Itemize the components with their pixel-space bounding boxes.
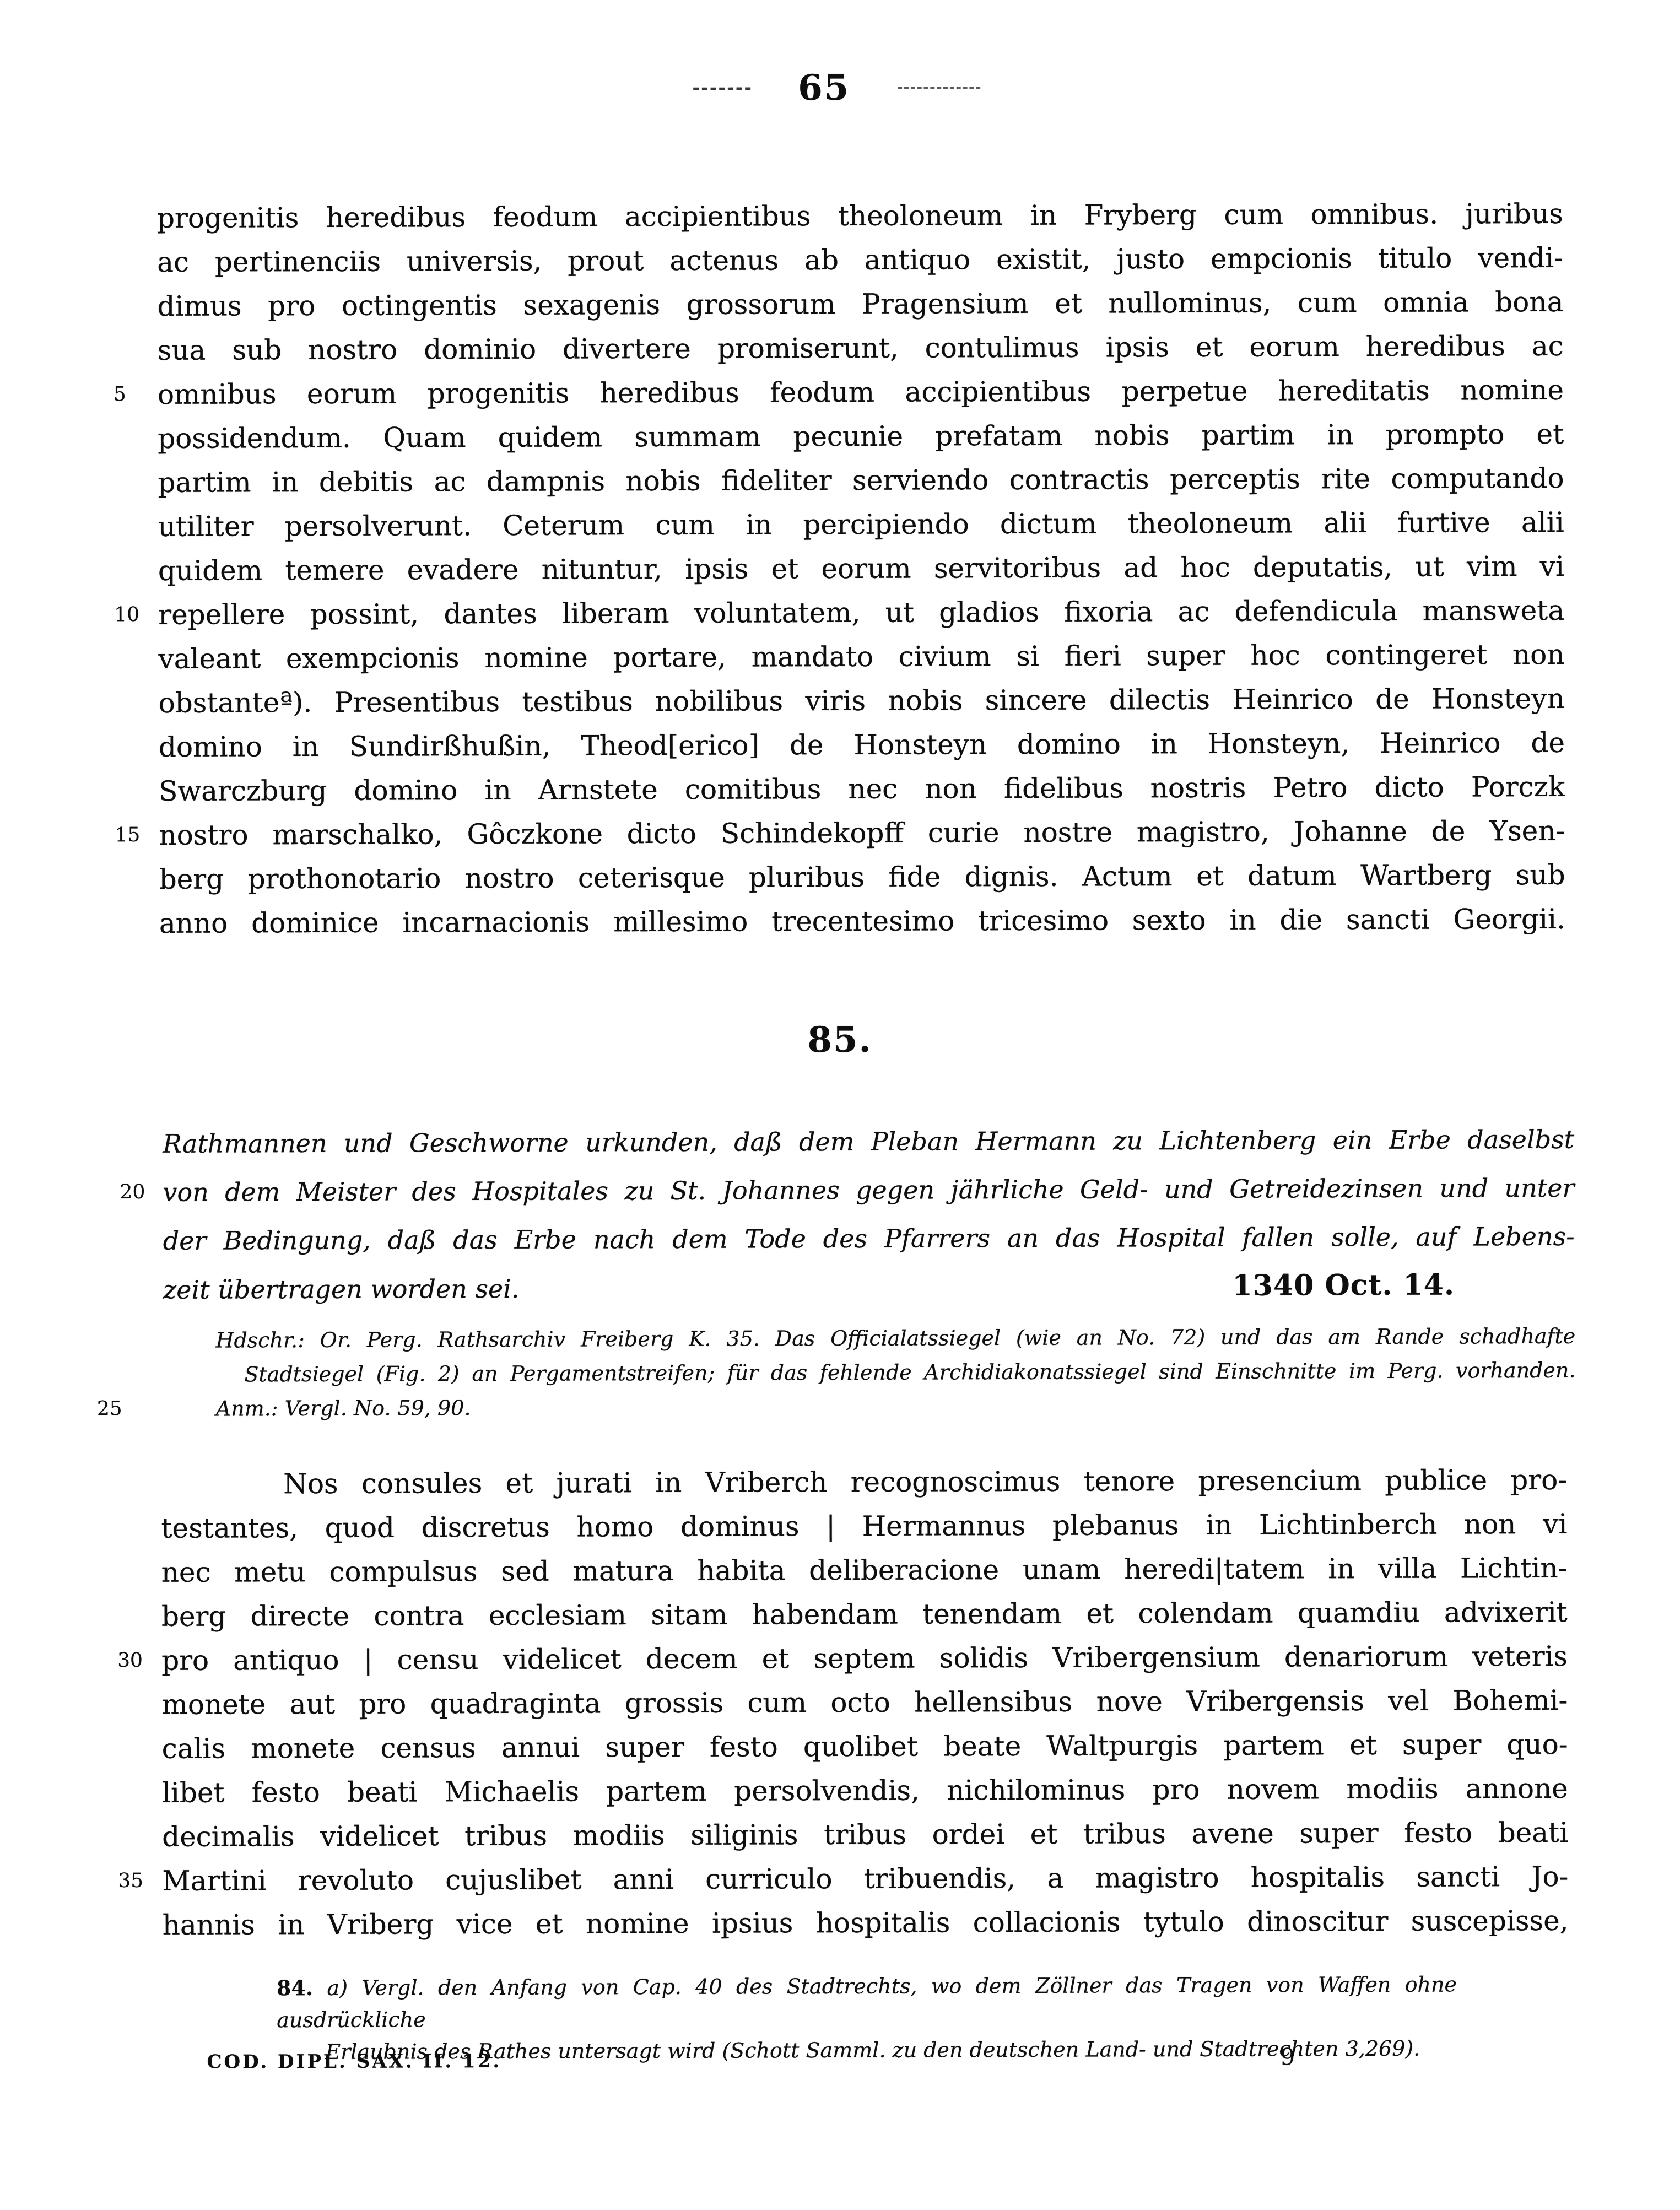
line-number: 25 [92, 1392, 122, 1426]
line-text: quidem temere evadere nituntur, ipsis et… [158, 550, 1564, 587]
charter-date: 1340 Oct. 14. [1232, 1261, 1575, 1310]
line-text: testantes, quod discretus homo dominus |… [161, 1508, 1567, 1544]
line-text: obstanteª). Presentibus testibus nobilib… [159, 683, 1565, 719]
charter-84-text: progenitis heredibus feodum accipientibu… [157, 192, 1565, 945]
line-text: von dem Meister des Hospitales zu St. Jo… [163, 1173, 1574, 1207]
text-line: progenitis heredibus feodum accipientibu… [157, 192, 1563, 240]
series-title: COD. DIPL. SAX. II. 12. [207, 2050, 501, 2073]
section-heading: 85. [0, 1020, 1680, 1061]
line-text: calis monete census annui super festo qu… [162, 1728, 1568, 1765]
line-text: repellere possint, dantes liberam volunt… [158, 595, 1564, 631]
line-text: a) Vergl. den Anfang von Cap. 40 des Sta… [277, 1972, 1457, 2032]
text-line: 84. a) Vergl. den Anfang von Cap. 40 des… [277, 1968, 1457, 2036]
text-line: Rathmannen und Geschworne urkunden, daß … [163, 1115, 1574, 1168]
text-line: Stadtsiegel (Fig. 2) an Pergamentstreife… [215, 1353, 1575, 1392]
charter-85-text: Nos consules et jurati in Vriberch recog… [161, 1458, 1569, 1947]
text-line: 20von dem Meister des Hospitales zu St. … [163, 1164, 1574, 1217]
line-text: Martini revoluto cujuslibet anni curricu… [162, 1861, 1568, 1897]
regest-summary: Rathmannen und Geschworne urkunden, daß … [163, 1115, 1575, 1314]
text-line: hannis in Vriberg vice et nomine ipsius … [163, 1899, 1569, 1947]
line-text: libet festo beati Michaelis partem perso… [162, 1773, 1568, 1809]
text-line: domino in Sundirßhußin, Theod[erico] de … [159, 721, 1565, 769]
line-text: berg prothonotario nostro ceterisque plu… [159, 859, 1565, 895]
text-line: berg directe contra ecclesiam sitam habe… [161, 1590, 1568, 1639]
text-line: zeit übertragen worden sei. 1340 Oct. 14… [163, 1261, 1575, 1314]
text-line: libet festo beati Michaelis partem perso… [162, 1766, 1568, 1815]
text-line: decimalis videlicet tribus modiis siligi… [162, 1811, 1568, 1859]
line-text: utiliter persolverunt. Ceterum cum in pe… [158, 506, 1564, 543]
line-text: Swarczburg domino in Arnstete comitibus … [159, 771, 1565, 807]
text-line: sua sub nostro dominio divertere promise… [158, 324, 1564, 372]
line-text: possidendum. Quam quidem summam pecunie … [158, 418, 1564, 455]
line-number: 15 [115, 813, 148, 857]
text-line: Nos consules et jurati in Vriberch recog… [161, 1458, 1567, 1506]
line-text: partim in debitis ac dampnis nobis fidel… [158, 462, 1564, 499]
header-rule-right-icon [898, 87, 980, 89]
line-text: decimalis videlicet tribus modiis siligi… [162, 1817, 1568, 1853]
line-number: 5 [114, 372, 147, 417]
page-number: 65 [798, 71, 850, 106]
text-line: anno dominice incarnacionis millesimo tr… [159, 897, 1565, 945]
running-head: 65 [0, 68, 1677, 109]
text-line: Swarczburg domino in Arnstete comitibus … [159, 765, 1565, 813]
text-line: valeant exempcionis nomine portare, mand… [158, 633, 1564, 681]
text-line: possidendum. Quam quidem summam pecunie … [158, 412, 1564, 461]
text-line: dimus pro octingentis sexagenis grossoru… [157, 280, 1563, 328]
footnote-marker: 84. [277, 1975, 313, 2000]
line-text: zeit übertragen worden sei. [163, 1265, 520, 1314]
text-line: ac pertinenciis universis, prout actenus… [157, 236, 1563, 284]
line-text: Rathmannen und Geschworne urkunden, daß … [163, 1125, 1574, 1159]
line-text: sua sub nostro dominio divertere promise… [158, 330, 1564, 366]
line-text: dimus pro octingentis sexagenis grossoru… [157, 286, 1563, 322]
line-text: monete aut pro quadraginta grossis cum o… [161, 1684, 1568, 1721]
text-line: 5omnibus eorum progenitis heredibus feod… [158, 368, 1564, 417]
text-line: testantes, quod discretus homo dominus |… [161, 1502, 1567, 1550]
text-line: 35Martini revoluto cujuslibet anni curri… [162, 1855, 1568, 1903]
line-text: Hdschr.: Or. Perg. Rathsarchiv Freiberg … [215, 1324, 1575, 1353]
line-text: valeant exempcionis nomine portare, mand… [158, 639, 1564, 675]
text-line: nec metu compulsus sed matura habita del… [161, 1546, 1568, 1595]
stray-mark: ‘ [478, 2044, 486, 2071]
text-line: berg prothonotario nostro ceterisque plu… [159, 853, 1565, 901]
line-number: 30 [117, 1639, 150, 1683]
line-text: Anm.: Vergl. No. 59, 90. [216, 1396, 471, 1420]
text-line: calis monete census annui super festo qu… [162, 1722, 1568, 1771]
line-number: 20 [120, 1168, 153, 1217]
text-line: 10repellere possint, dantes liberam volu… [158, 588, 1564, 637]
line-text: der Bedingung, daß das Erbe nach dem Tod… [163, 1222, 1575, 1256]
text-line: monete aut pro quadraginta grossis cum o… [161, 1678, 1568, 1727]
line-text: hannis in Vriberg vice et nomine ipsius … [163, 1905, 1569, 1941]
text-line: der Bedingung, daß das Erbe nach dem Tod… [163, 1212, 1575, 1265]
text-line: 15nostro marschalko, Gôczkone dicto Schi… [159, 809, 1565, 857]
line-number: 35 [118, 1859, 151, 1903]
sheet-signature: 9 [1280, 2043, 1295, 2070]
scan-content: 65 progenitis heredibus feodum accipient… [0, 0, 1680, 2210]
line-number: 10 [114, 593, 147, 637]
line-text: omnibus eorum progenitis heredibus feodu… [158, 374, 1564, 410]
line-text: anno dominice incarnacionis millesimo tr… [159, 903, 1565, 939]
source-notes: Hdschr.: Or. Perg. Rathsarchiv Freiberg … [215, 1319, 1576, 1426]
line-text: nec metu compulsus sed matura habita del… [161, 1552, 1568, 1588]
text-line: 25Anm.: Vergl. No. 59, 90. [216, 1387, 1576, 1426]
text-line: partim in debitis ac dampnis nobis fidel… [158, 456, 1564, 505]
line-text: progenitis heredibus feodum accipientibu… [157, 198, 1563, 234]
scanned-book-page: 65 progenitis heredibus feodum accipient… [0, 0, 1680, 2210]
line-text: Stadtsiegel (Fig. 2) an Pergamentstreife… [244, 1358, 1575, 1387]
page-footer: COD. DIPL. SAX. II. 12. ‘ 9 [3, 2039, 1680, 2094]
text-line: obstanteª). Presentibus testibus nobilib… [159, 677, 1565, 725]
line-text: domino in Sundirßhußin, Theod[erico] de … [159, 727, 1565, 763]
text-line: Hdschr.: Or. Perg. Rathsarchiv Freiberg … [215, 1319, 1575, 1358]
line-text: Nos consules et jurati in Vriberch recog… [283, 1464, 1567, 1500]
text-line: utiliter persolverunt. Ceterum cum in pe… [158, 500, 1564, 549]
line-text: ac pertinenciis universis, prout actenus… [157, 242, 1563, 278]
text-line: 30pro antiquo | censu videlicet decem et… [161, 1634, 1568, 1683]
header-rule-left-icon [693, 87, 750, 90]
line-text: nostro marschalko, Gôczkone dicto Schind… [159, 815, 1565, 851]
line-text: pro antiquo | censu videlicet decem et s… [161, 1640, 1568, 1677]
line-text: berg directe contra ecclesiam sitam habe… [161, 1596, 1568, 1633]
text-line: quidem temere evadere nituntur, ipsis et… [158, 544, 1564, 593]
